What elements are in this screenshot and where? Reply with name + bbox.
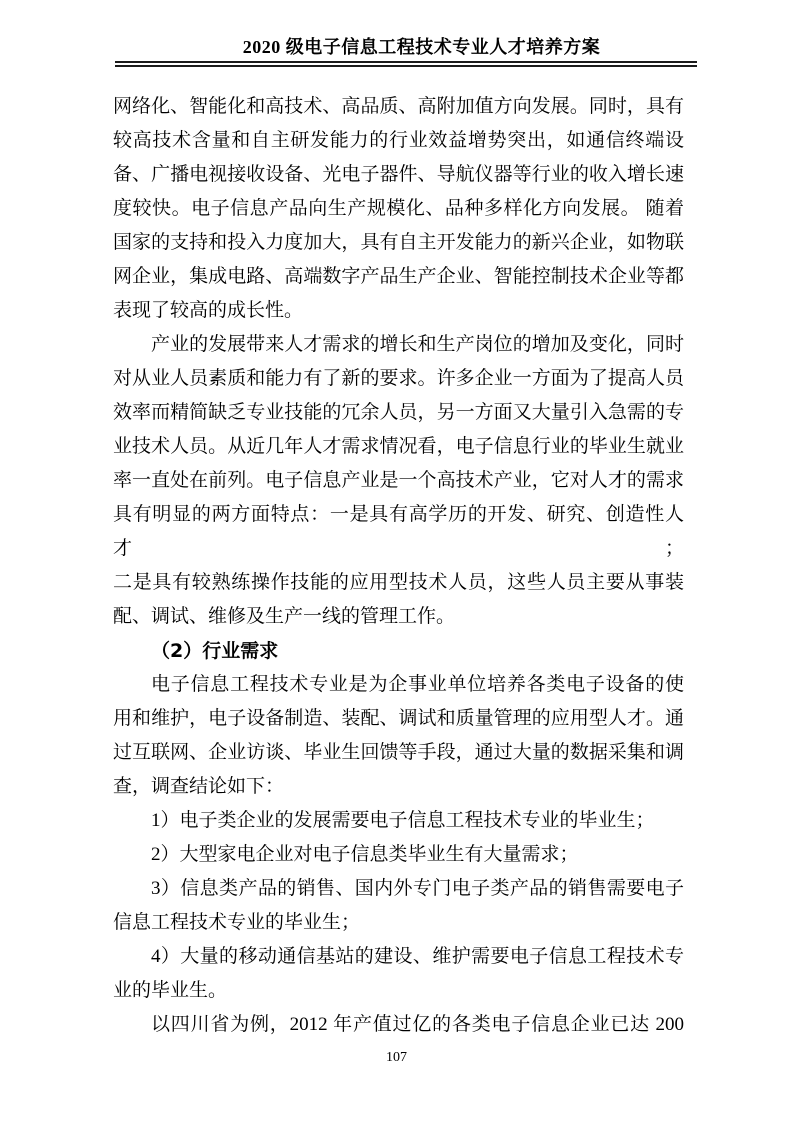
text-line: 查，调查结论如下： — [113, 770, 684, 804]
text-line: 业技术人员。从近几年人才需求情况看，电子信息行业的毕业生就业 — [113, 430, 684, 464]
text-line: 4）大量的移动通信基站的建设、维护需要电子信息工程技术专 — [113, 940, 684, 974]
page-footer: 107 — [0, 1050, 793, 1066]
text-line: 效率而精简缺乏专业技能的冗余人员，另一方面又大量引入急需的专 — [113, 396, 684, 430]
text-line: 对从业人员素质和能力有了新的要求。许多企业一方面为了提高人员 — [113, 362, 684, 396]
list-item-4: 4）大量的移动通信基站的建设、维护需要电子信息工程技术专业的毕业生。 — [113, 940, 684, 1008]
section-heading-industry-needs: （2）行业需求 — [113, 634, 684, 668]
text-line: 网企业，集成电路、高端数字产品生产企业、智能控制技术企业等都 — [113, 260, 684, 294]
paragraph-industry-development: 网络化、智能化和高技术、高品质、高附加值方向发展。同时，具有较高技术含量和自主研… — [113, 90, 684, 328]
paragraph-sichuan-example: 以四川省为例，2012 年产值过亿的各类电子信息企业已达 200 — [113, 1008, 684, 1042]
text-line: 较高技术含量和自主研发能力的行业效益增势突出，如通信终端设 — [113, 124, 684, 158]
text-line: （2）行业需求 — [113, 634, 684, 668]
text-line: 网络化、智能化和高技术、高品质、高附加值方向发展。同时，具有 — [113, 90, 684, 124]
text-line: 具有明显的两方面特点：一是具有高学历的开发、研究、创造性人才； — [113, 498, 684, 566]
text-line: 配、调试、维修及生产一线的管理工作。 — [113, 600, 684, 634]
paragraph-survey-method: 电子信息工程技术专业是为企事业单位培养各类电子设备的使用和维护，电子设备制造、装… — [113, 668, 684, 804]
page-number: 107 — [386, 1050, 407, 1065]
document-page: 2020 级电子信息工程技术专业人才培养方案 网络化、智能化和高技术、高品质、高… — [0, 0, 793, 1122]
header-divider — [115, 61, 697, 67]
list-item-1: 1）电子类企业的发展需要电子信息工程技术专业的毕业生； — [113, 804, 684, 838]
text-line: 业的毕业生。 — [113, 974, 684, 1008]
text-line: 备、广播电视接收设备、光电子器件、导航仪器等行业的收入增长速 — [113, 158, 684, 192]
text-line: 过互联网、企业访谈、毕业生回馈等手段，通过大量的数据采集和调 — [113, 736, 684, 770]
text-line: 用和维护，电子设备制造、装配、调试和质量管理的应用型人才。通 — [113, 702, 684, 736]
text-line: 电子信息工程技术专业是为企事业单位培养各类电子设备的使 — [113, 668, 684, 702]
list-item-2: 2）大型家电企业对电子信息类毕业生有大量需求； — [113, 838, 684, 872]
paragraph-talent-demand: 产业的发展带来人才需求的增长和生产岗位的增加及变化，同时对从业人员素质和能力有了… — [113, 328, 684, 634]
text-line: 国家的支持和投入力度加大，具有自主开发能力的新兴企业，如物联 — [113, 226, 684, 260]
document-body: 网络化、智能化和高技术、高品质、高附加值方向发展。同时，具有较高技术含量和自主研… — [113, 90, 684, 1042]
text-line: 产业的发展带来人才需求的增长和生产岗位的增加及变化，同时 — [113, 328, 684, 362]
text-line: 二是具有较熟练操作技能的应用型技术人员，这些人员主要从事装 — [113, 566, 684, 600]
text-line: 1）电子类企业的发展需要电子信息工程技术专业的毕业生； — [113, 804, 684, 838]
text-line: 度较快。电子信息产品向生产规模化、品种多样化方向发展。 随着 — [113, 192, 684, 226]
header-title: 2020 级电子信息工程技术专业人才培养方案 — [0, 33, 793, 59]
list-item-3: 3）信息类产品的销售、国内外专门电子类产品的销售需要电子信息工程技术专业的毕业生… — [113, 872, 684, 940]
text-line: 信息工程技术专业的毕业生； — [113, 906, 684, 940]
text-line: 表现了较高的成长性。 — [113, 294, 684, 328]
text-line: 2）大型家电企业对电子信息类毕业生有大量需求； — [113, 838, 684, 872]
text-line: 以四川省为例，2012 年产值过亿的各类电子信息企业已达 200 — [113, 1008, 684, 1042]
text-line: 3）信息类产品的销售、国内外专门电子类产品的销售需要电子 — [113, 872, 684, 906]
text-line: 率一直处在前列。电子信息产业是一个高技术产业，它对人才的需求 — [113, 464, 684, 498]
